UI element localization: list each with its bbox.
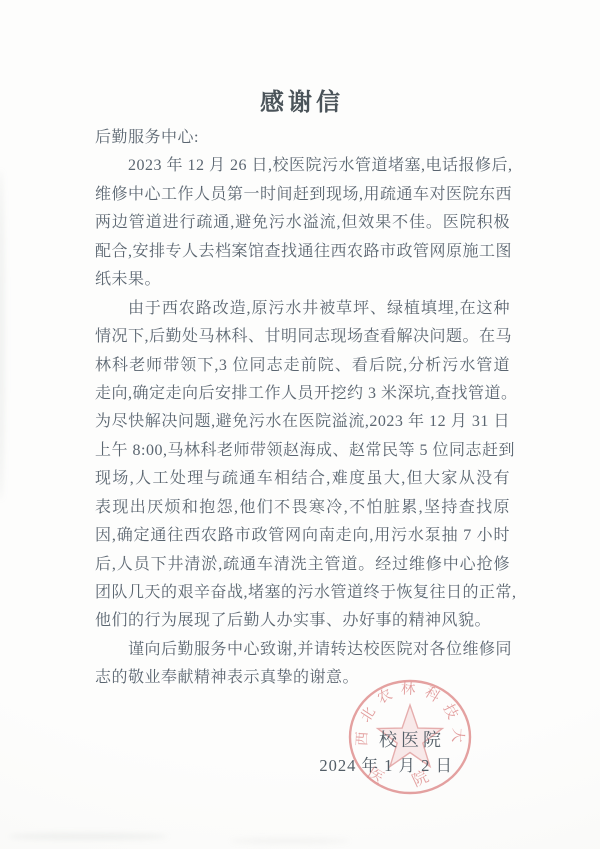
- letter-line: 谨向后勤服务中心致谢,并请转达校医院对各位维修同: [95, 636, 510, 664]
- letter-line: 纸未果。: [95, 266, 510, 294]
- letter-line: 因,确定通往西农路市政管网向南走向,用污水泵抽 7 小时: [95, 522, 510, 550]
- salutation: 后勤服务中心:: [95, 124, 510, 152]
- letter-line: 他们的行为展现了后勤人办实事、办好事的精神风貌。: [95, 607, 510, 635]
- signature: 校医院: [379, 726, 445, 752]
- letter-date: 2024 年 1 月 2 日: [319, 752, 453, 776]
- letter-line: 维修中心工作人员第一时间赶到现场,用疏通车对医院东西: [95, 181, 510, 209]
- scanned-letter-page: 感谢信 后勤服务中心: 2023 年 12 月 26 日,校医院污水管道堵塞,电…: [0, 0, 600, 849]
- letter-line: 走向,确定走向后安排工作人员开挖约 3 米深坑,查找管道。: [95, 380, 510, 408]
- letter-line: 团队几天的艰辛奋战,堵塞的污水管道终于恢复往日的正常,: [95, 579, 510, 607]
- scan-smudge: [8, 833, 168, 840]
- letter-line: 上午 8:00,马林科老师带领赵海成、赵常民等 5 位同志赶到: [95, 437, 510, 465]
- letter-line: 情况下,后勤处马林科、甘明同志现场查看解决问题。在马: [95, 323, 510, 351]
- letter-line: 林科老师带领下,3 位同志走前院、看后院,分析污水管道: [95, 352, 510, 380]
- letter-line: 表现出厌烦和抱怨,他们不畏寒冷,不怕脏累,坚持查找原: [95, 494, 510, 522]
- letter-line: 现场,人工处理与疏通车相结合,难度虽大,但大家从没有: [95, 465, 510, 493]
- scan-smudge: [230, 838, 350, 844]
- letter-paragraphs: 2023 年 12 月 26 日,校医院污水管道堵塞,电话报修后,维修中心工作人…: [95, 152, 510, 692]
- letter-title: 感谢信: [0, 82, 600, 117]
- letter-line: 为尽快解决问题,避免污水在医院溢流,2023 年 12 月 31 日: [95, 408, 510, 436]
- letter-line: 后,人员下井清淤,疏通车清洗主管道。经过维修中心抢修: [95, 551, 510, 579]
- scan-smudge: [0, 170, 5, 500]
- letter-line: 由于西农路改造,原污水井被草坪、绿植填埋,在这种: [95, 295, 510, 323]
- letter-line: 配合,安排专人去档案馆查找通往西农路市政管网原施工图: [95, 238, 510, 266]
- letter-body: 后勤服务中心: 2023 年 12 月 26 日,校医院污水管道堵塞,电话报修后…: [95, 124, 510, 693]
- letter-line: 两边管道进行疏通,避免污水溢流,但效果不佳。医院积极: [95, 209, 510, 237]
- letter-line: 2023 年 12 月 26 日,校医院污水管道堵塞,电话报修后,: [95, 152, 510, 180]
